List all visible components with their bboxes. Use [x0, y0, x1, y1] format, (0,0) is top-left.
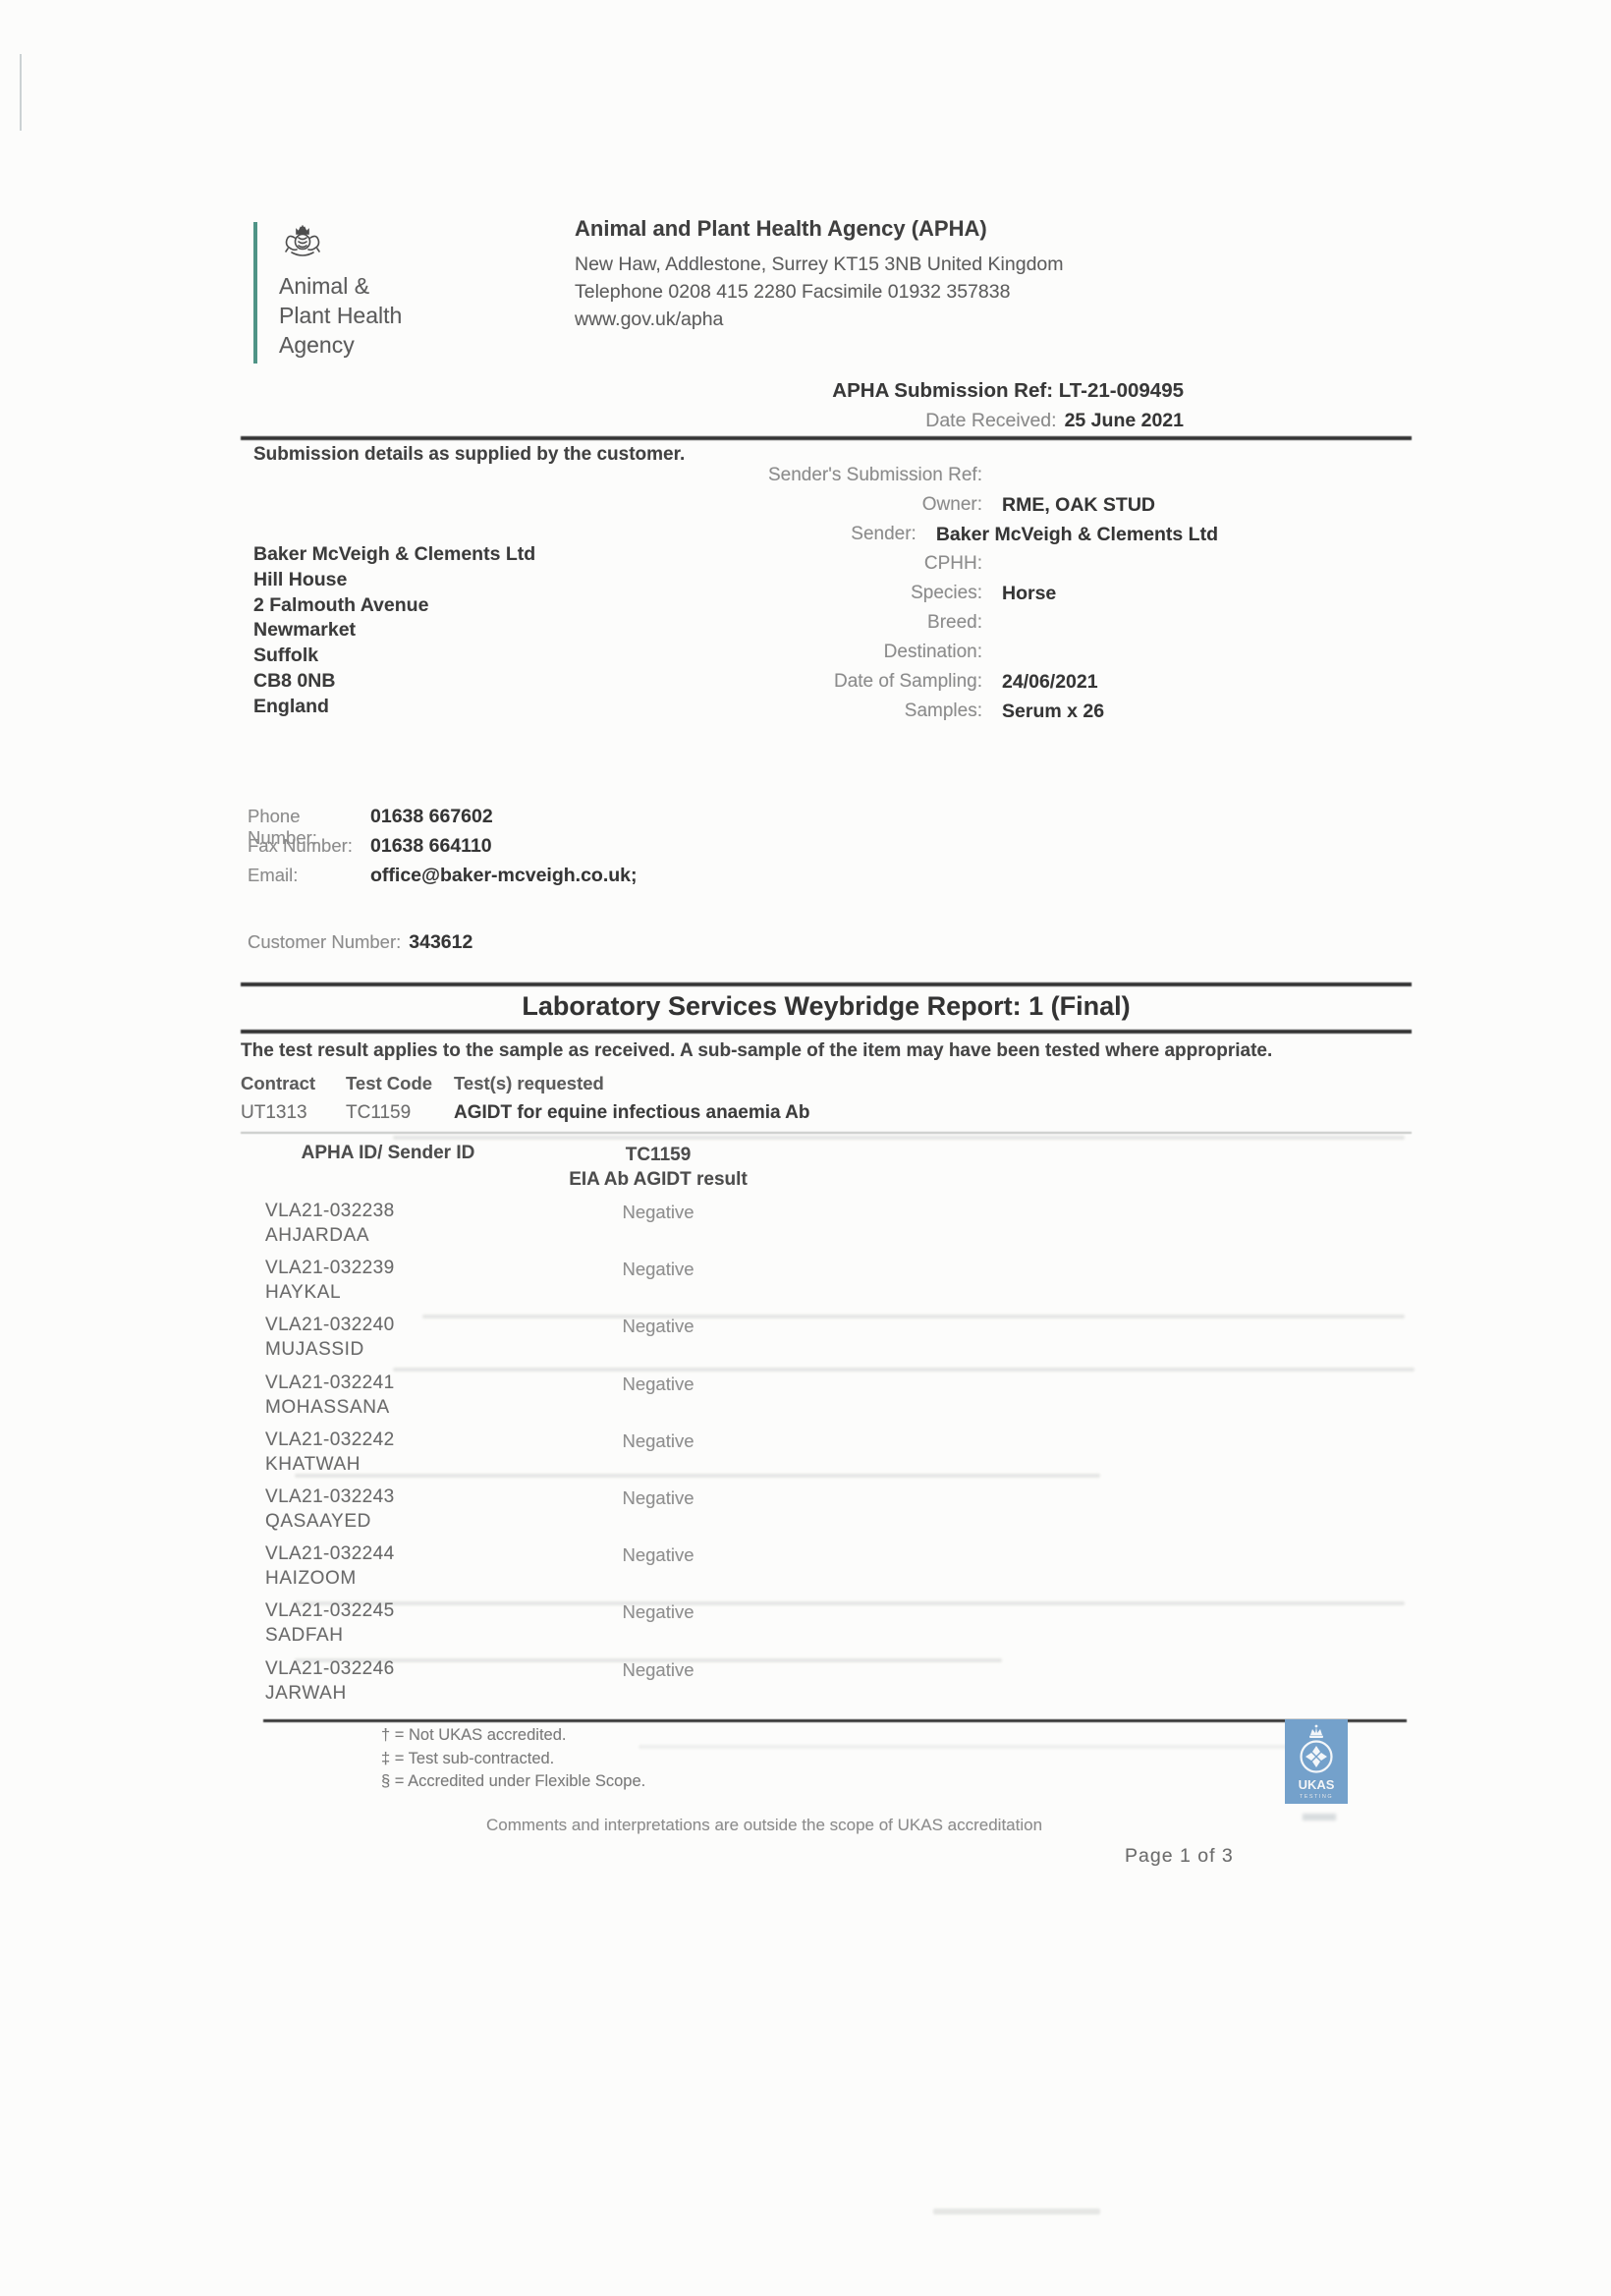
address-line: CB8 0NB: [253, 670, 535, 696]
contact-row: Email: office@baker-mcveigh.co.uk;: [248, 865, 638, 894]
date-received-row: Date Received:25 June 2021: [688, 410, 1184, 432]
sample-id: VLA21-032245: [265, 1600, 395, 1622]
footnote-line: § = Accredited under Flexible Scope.: [381, 1772, 645, 1796]
submission-fields: Sender's Submission Ref: Owner: RME, OAK…: [688, 465, 1218, 730]
table-row: VLA21-032246 JARWAH Negative: [241, 1658, 1412, 1715]
field-value: Baker McVeigh & Clements Ltd: [936, 524, 1218, 546]
sample-result: Negative: [521, 1202, 796, 1223]
date-received-value: 25 June 2021: [1065, 410, 1184, 431]
sample-name: JARWAH: [265, 1683, 347, 1705]
field-label: Destination:: [688, 642, 982, 663]
agency-website: www.gov.uk/apha: [575, 306, 1064, 333]
column-header-sample-id: APHA ID/ Sender ID: [241, 1143, 535, 1164]
address-line: Newmarket: [253, 619, 535, 644]
sample-result: Negative: [521, 1544, 796, 1566]
field-row: Destination:: [688, 642, 1218, 671]
title-rule-bottom: [241, 1030, 1412, 1034]
field-label: Owner:: [688, 494, 982, 516]
scan-streak: [933, 2209, 1100, 2214]
ukas-caption-smudge: [1303, 1814, 1336, 1820]
result-header-test-code: TC1159: [521, 1143, 796, 1167]
customer-address-block: Baker McVeigh & Clements Ltd Hill House …: [253, 543, 535, 721]
sample-result: Negative: [521, 1601, 796, 1623]
agency-phone-fax: Telephone 0208 415 2280 Facsimile 01932 …: [575, 278, 1064, 306]
sample-name: HAYKAL: [265, 1282, 341, 1304]
logo-line-3: Agency: [279, 330, 402, 360]
ukas-wordmark: UKAS: [1299, 1777, 1335, 1792]
contact-row: Fax Number: 01638 664110: [248, 835, 638, 865]
submission-details-heading: Submission details as supplied by the cu…: [253, 444, 685, 466]
footnotes-block: † = Not UKAS accredited. ‡ = Test sub-co…: [381, 1726, 645, 1796]
footnote-line: † = Not UKAS accredited.: [381, 1726, 645, 1750]
logo-line-2: Plant Health: [279, 301, 402, 330]
report-title: Laboratory Services Weybridge Report: 1 …: [241, 991, 1412, 1022]
contact-value: 01638 667602: [370, 806, 493, 828]
sample-result: Negative: [521, 1316, 796, 1337]
customer-number-label: Customer Number:: [248, 931, 401, 952]
apha-submission-ref: APHA Submission Ref: LT-21-009495: [688, 379, 1184, 403]
contact-label: Fax Number:: [248, 835, 370, 857]
address-line: Baker McVeigh & Clements Ltd: [253, 543, 535, 569]
sample-id: VLA21-032240: [265, 1315, 395, 1336]
scan-streak: [639, 1745, 1306, 1749]
field-label: Sender:: [688, 524, 917, 545]
agency-address: New Haw, Addlestone, Surrey KT15 3NB Uni…: [575, 251, 1064, 278]
table-row: VLA21-032243 QASAAYED Negative: [241, 1486, 1412, 1543]
sample-name: SADFAH: [265, 1625, 344, 1647]
sample-id: VLA21-032246: [265, 1658, 395, 1680]
sample-name: KHATWAH: [265, 1454, 361, 1476]
apha-logo-accent-bar: [253, 222, 257, 364]
test-code-header: Test Code: [346, 1073, 432, 1094]
results-table: VLA21-032238 AHJARDAA Negative VLA21-032…: [241, 1201, 1412, 1715]
sample-result: Negative: [521, 1430, 796, 1452]
field-value: Serum x 26: [1002, 700, 1104, 723]
sample-name: MUJASSID: [265, 1339, 364, 1361]
sample-result: Negative: [521, 1659, 796, 1681]
field-label: Sender's Submission Ref:: [688, 465, 982, 486]
sample-name: AHJARDAA: [265, 1225, 369, 1247]
agency-header: Animal and Plant Health Agency (APHA) Ne…: [575, 216, 1064, 333]
field-label: CPHH:: [688, 553, 982, 575]
address-line: England: [253, 696, 535, 721]
tests-requested-header: Test(s) requested: [454, 1073, 604, 1094]
sample-id: VLA21-032244: [265, 1543, 395, 1565]
table-row: VLA21-032238 AHJARDAA Negative: [241, 1201, 1412, 1258]
sample-result: Negative: [521, 1487, 796, 1509]
table-row: VLA21-032239 HAYKAL Negative: [241, 1258, 1412, 1315]
contact-label: Email:: [248, 865, 370, 886]
sample-id: VLA21-032242: [265, 1429, 395, 1451]
sample-id: VLA21-032243: [265, 1486, 395, 1508]
contract-value: UT1313: [241, 1102, 307, 1124]
field-row: Species: Horse: [688, 583, 1218, 612]
sample-id: VLA21-032238: [265, 1201, 395, 1222]
ukas-testing-logo: UKAS TESTING: [1285, 1719, 1348, 1804]
result-header-test-name: EIA Ab AGIDT result: [521, 1167, 796, 1192]
ukas-comments-note: Comments and interpretations are outside…: [486, 1816, 1042, 1835]
field-row: Owner: RME, OAK STUD: [688, 494, 1218, 524]
contact-row: Phone Number: 01638 667602: [248, 806, 638, 835]
footnote-line: ‡ = Test sub-contracted.: [381, 1750, 645, 1773]
field-row: Breed:: [688, 612, 1218, 642]
field-label: Date of Sampling:: [688, 671, 982, 693]
address-line: Hill House: [253, 569, 535, 594]
address-line: 2 Falmouth Avenue: [253, 594, 535, 620]
table-row: VLA21-032241 MOHASSANA Negative: [241, 1372, 1412, 1429]
sample-result: Negative: [521, 1373, 796, 1395]
sample-name: MOHASSANA: [265, 1397, 390, 1419]
page-number: Page 1 of 3: [1125, 1845, 1234, 1868]
field-label: Breed:: [688, 612, 982, 634]
table-header-rule: [241, 1132, 1412, 1134]
field-row: Samples: Serum x 26: [688, 700, 1218, 730]
date-received-label: Date Received:: [925, 410, 1056, 431]
submission-ref-block: APHA Submission Ref: LT-21-009495 Date R…: [688, 379, 1184, 432]
report-note: The test result applies to the sample as…: [241, 1040, 1272, 1062]
document-page: Animal & Plant Health Agency Animal and …: [0, 0, 1611, 2296]
title-rule-top: [241, 982, 1412, 986]
field-row: Date of Sampling: 24/06/2021: [688, 671, 1218, 700]
customer-number-row: Customer Number:343612: [248, 931, 472, 954]
field-label: Species:: [688, 583, 982, 604]
field-value: Horse: [1002, 583, 1056, 605]
contract-header: Contract: [241, 1073, 315, 1094]
test-code-value: TC1159: [346, 1102, 411, 1124]
sample-name: QASAAYED: [265, 1511, 371, 1533]
royal-crest-icon: [278, 224, 327, 271]
table-row: VLA21-032240 MUJASSID Negative: [241, 1315, 1412, 1372]
address-line: Suffolk: [253, 644, 535, 670]
agency-name: Animal and Plant Health Agency (APHA): [575, 216, 1064, 242]
sample-result: Negative: [521, 1259, 796, 1280]
field-value: RME, OAK STUD: [1002, 494, 1155, 517]
test-requested-value: AGIDT for equine infectious anaemia Ab: [454, 1102, 809, 1124]
ukas-subtext: TESTING: [1300, 1794, 1333, 1800]
sample-id: VLA21-032241: [265, 1372, 395, 1394]
contact-block: Phone Number: 01638 667602 Fax Number: 0…: [248, 806, 638, 894]
results-bottom-rule: [263, 1719, 1407, 1722]
logo-line-1: Animal &: [279, 271, 402, 301]
contact-value: office@baker-mcveigh.co.uk;: [370, 865, 638, 887]
field-row: Sender's Submission Ref:: [688, 465, 1218, 494]
table-row: VLA21-032244 HAIZOOM Negative: [241, 1543, 1412, 1600]
scan-edge-artifact: [20, 54, 22, 131]
table-row: VLA21-032242 KHATWAH Negative: [241, 1429, 1412, 1486]
field-row: Sender: Baker McVeigh & Clements Ltd: [688, 524, 1218, 553]
field-value: 24/06/2021: [1002, 671, 1098, 694]
contact-value: 01638 664110: [370, 835, 492, 858]
field-label: Samples:: [688, 700, 982, 722]
customer-number-value: 343612: [409, 931, 472, 953]
apha-logo-wordmark: Animal & Plant Health Agency: [279, 271, 402, 360]
column-header-result: TC1159 EIA Ab AGIDT result: [521, 1143, 796, 1192]
scan-streak: [393, 1136, 1405, 1140]
divider-rule: [241, 436, 1412, 440]
sample-id: VLA21-032239: [265, 1258, 395, 1279]
sample-name: HAIZOOM: [265, 1568, 357, 1590]
table-row: VLA21-032245 SADFAH Negative: [241, 1600, 1412, 1657]
field-row: CPHH:: [688, 553, 1218, 583]
